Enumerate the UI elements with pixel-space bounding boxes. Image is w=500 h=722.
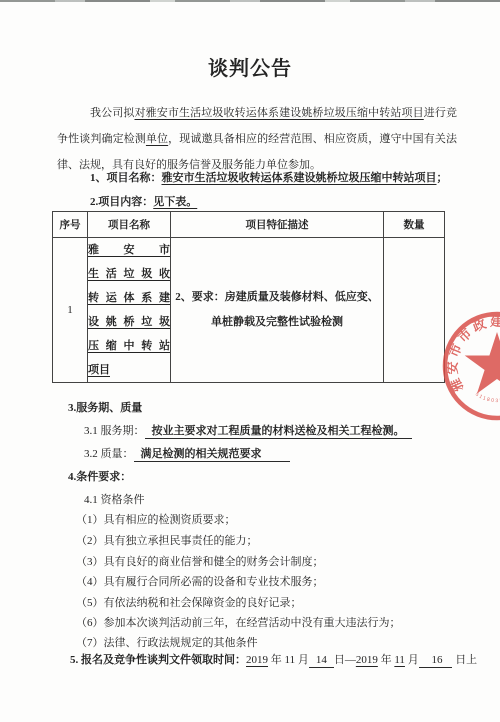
item-1-tail: ； [437,172,448,184]
table-row: 1 雅 安 市 生活垃圾收 转运体系建 设姚桥垃圾 压缩中转站 项目 2、要求：… [53,238,445,383]
name-line: 雅 安 市 [88,238,170,262]
document-page: 谈判公告 我公司拟对雅安市生活垃圾收转运体系建设姚桥垃圾压缩中转站项目进行竞争性… [0,0,500,722]
item-2-value: 见下表。 [153,196,197,208]
intro-underlined-unit: 单位 [146,133,168,145]
item-2-label: 2.项目内容： [90,196,153,208]
item-1-project-name: 1、项目名称：雅安市生活垃圾收转运体系建设姚桥垃圾压缩中转站项目； [90,169,448,185]
item-1-value: 雅安市生活垃圾收转运体系建设姚桥垃圾压缩中转站项目 [162,172,437,184]
name-line: 生活垃圾收 [88,262,170,286]
condition-item: （6）参加本次谈判活动前三年，在经营活动中没有重大违法行为； [76,614,401,633]
section-4-1: 4.1 资格条件 [84,491,145,507]
official-seal-stamp: 雅安市市政建设 51180350 [420,293,500,458]
s5-label: 5. 报名及竞争性谈判文件领取时间： [70,654,246,666]
name-line: 设姚桥垃圾 [88,310,170,334]
header-desc: 项目特征描述 [171,212,384,238]
s5-text: 日— [334,654,356,666]
s32-value: 满足检测的相关规范要求 [134,448,290,462]
s5-day2: 16 [419,654,453,668]
item-2-project-content: 2.项目内容：见下表。 [90,193,197,209]
name-line: 转运体系建 [88,286,170,310]
section-5-registration-time: 5. 报名及竞争性谈判文件领取时间：2019 年 11 月14日—2019 年 … [70,651,477,667]
s5-text: 年 11 月 [268,654,309,666]
table-header-row: 序号 项目名称 项目特征描述 数量 [53,212,445,238]
header-name: 项目名称 [88,212,171,238]
name-line: 项目 [88,358,170,382]
section-3-1: 3.1 服务期：按业主要求对工程质量的材料送检及相关工程检测。 [84,422,412,438]
seal-digits: 51180350 [474,391,500,404]
header-qty: 数量 [384,212,445,238]
condition-item: （3）具有良好的商业信誉和健全的财务会计制度； [76,552,401,573]
s5-day1: 14 [309,654,334,668]
s5-year2: 2019 [356,654,378,666]
intro-underlined-project-name: 对雅安市生活垃圾收转运体系建设姚桥垃圾压缩中转站项目 [135,107,424,119]
cell-description: 2、要求：房建质量及装修材料、低应变、单桩静载及完整性试验检测 [171,238,384,383]
header-seq: 序号 [53,212,88,238]
page-title: 谈判公告 [0,52,500,81]
intro-paragraph: 我公司拟对雅安市生活垃圾收转运体系建设姚桥垃圾压缩中转站项目进行竞争性谈判确定检… [57,100,457,178]
scan-edge-artifact [0,0,500,2]
cell-seq: 1 [53,238,88,383]
s31-value: 按业主要求对工程质量的材料送检及相关工程检测。 [145,425,412,439]
s32-label: 3.2 质量： [84,448,134,460]
condition-item: （5）有依法纳税和社会保障资金的良好记录； [76,593,401,614]
s31-label: 3.1 服务期： [84,425,145,437]
name-line: 压缩中转站 [88,334,170,358]
description-text: 2、要求：房建质量及装修材料、低应变、单桩静载及完整性试验检测 [171,285,383,335]
condition-item: （1）具有相应的检测资质要求； [76,510,401,531]
svg-text:51180350: 51180350 [474,391,500,404]
seal-star-icon [465,332,500,394]
section-4-heading: 4.条件要求： [68,468,131,484]
s5-month2: 11 [394,654,405,666]
cell-project-name: 雅 安 市 生活垃圾收 转运体系建 设姚桥垃圾 压缩中转站 项目 [88,238,171,383]
s5-text: 日上 [452,654,477,666]
intro-run: 我公司拟 [90,107,135,119]
s5-text: 月 [405,654,419,666]
project-table: 序号 项目名称 项目特征描述 数量 1 雅 安 市 生活垃圾收 转运体系建 设姚… [52,211,445,383]
s5-text: 年 [378,654,395,666]
condition-item: （4）具有履行合同所必需的设备和专业技术服务； [76,572,401,593]
qualification-conditions-list: （1）具有相应的检测资质要求； （2）具有独立承担民事责任的能力； （3）具有良… [76,510,401,654]
condition-item: （2）具有独立承担民事责任的能力； [76,531,401,552]
section-3-heading: 3.服务期、质量 [68,399,142,415]
item-1-label: 1、项目名称： [90,172,162,184]
section-3-2: 3.2 质量：满足检测的相关规范要求 [84,445,290,461]
s5-year1: 2019 [246,654,268,666]
